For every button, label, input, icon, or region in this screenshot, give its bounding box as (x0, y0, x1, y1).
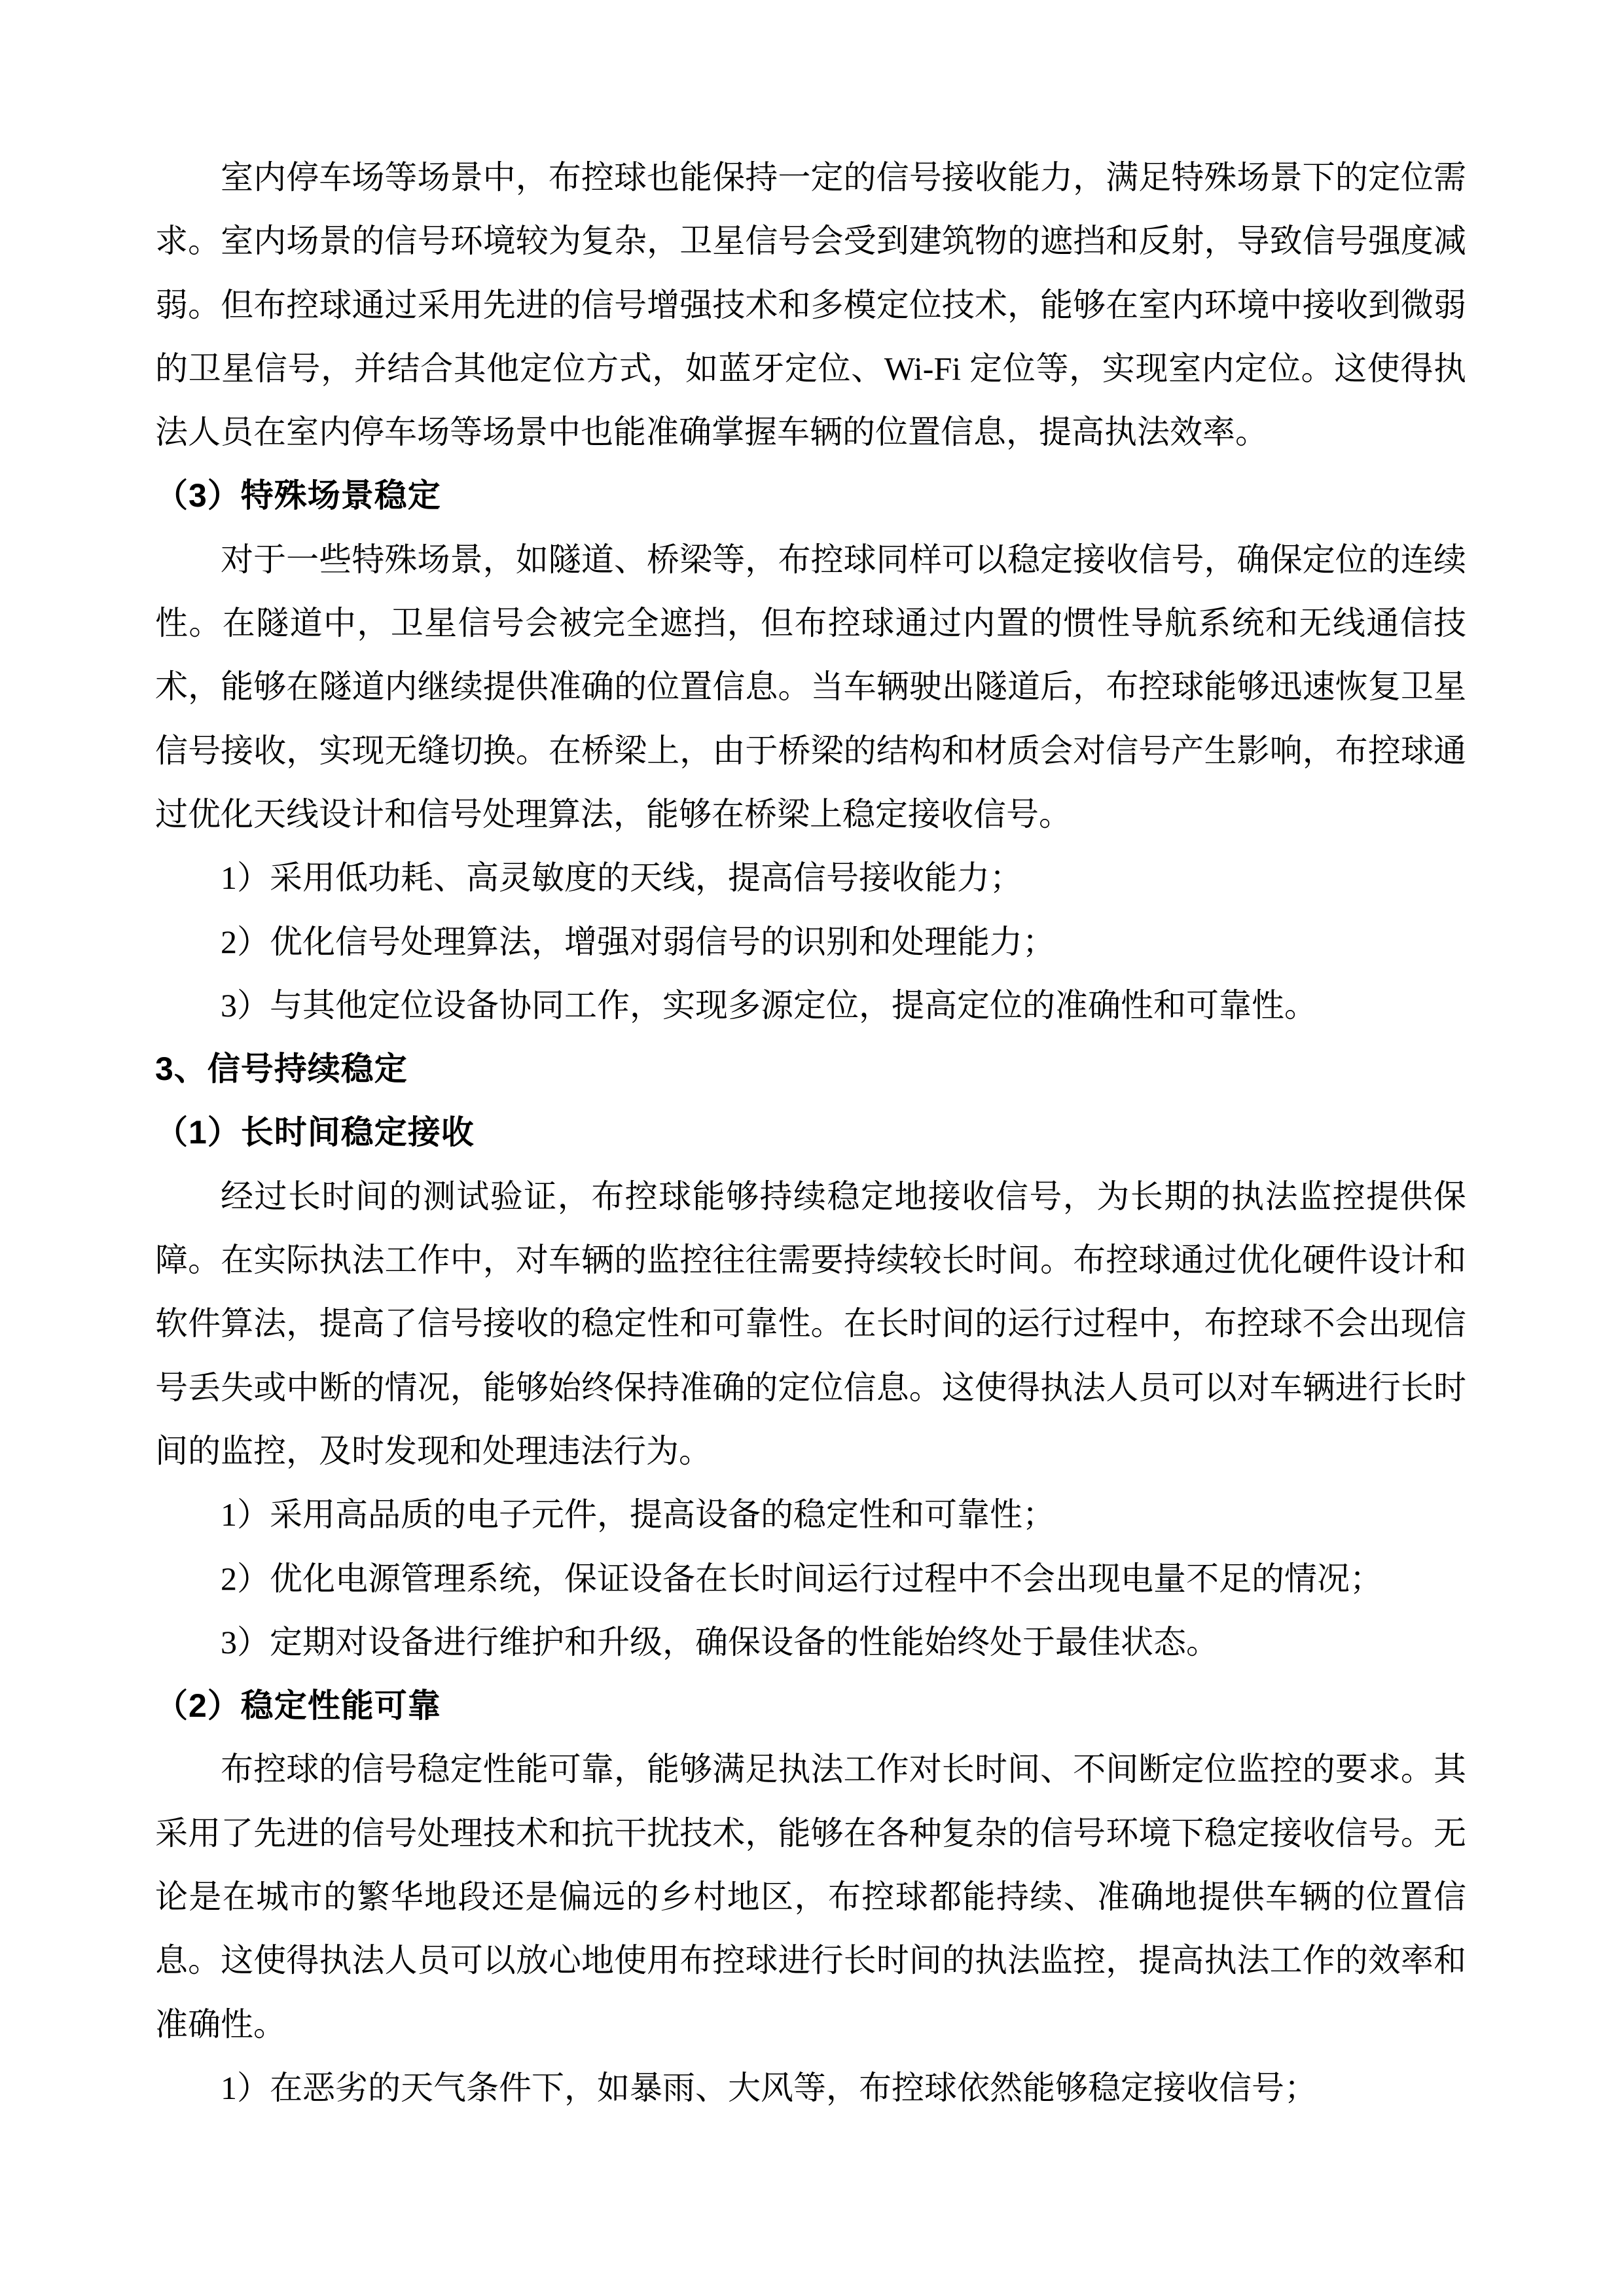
list-item: 1）采用高品质的电子元件，提高设备的稳定性和可靠性； (155, 1483, 1466, 1547)
paragraph: 室内停车场等场景中，布控球也能保持一定的信号接收能力，满足特殊场景下的定位需求。… (155, 146, 1466, 464)
subsection-heading: （2）稳定性能可靠 (155, 1674, 1466, 1738)
paragraph: 经过长时间的测试验证，布控球能够持续稳定地接收信号，为长期的执法监控提供保障。在… (155, 1165, 1466, 1483)
list-item: 3）与其他定位设备协同工作，实现多源定位，提高定位的准确性和可靠性。 (155, 974, 1466, 1037)
subsection-heading: （3）特殊场景稳定 (155, 464, 1466, 528)
document-page: 室内停车场等场景中，布控球也能保持一定的信号接收能力，满足特殊场景下的定位需求。… (0, 0, 1624, 2296)
list-item: 1）在恶劣的天气条件下，如暴雨、大风等，布控球依然能够稳定接收信号； (155, 2056, 1466, 2120)
document-content: 室内停车场等场景中，布控球也能保持一定的信号接收能力，满足特殊场景下的定位需求。… (155, 146, 1466, 2120)
list-item: 3）定期对设备进行维护和升级，确保设备的性能始终处于最佳状态。 (155, 1611, 1466, 1674)
list-item: 1）采用低功耗、高灵敏度的天线，提高信号接收能力； (155, 846, 1466, 910)
list-item: 2）优化信号处理算法，增强对弱信号的识别和处理能力； (155, 910, 1466, 974)
section-heading: 3、信号持续稳定 (155, 1037, 1466, 1101)
list-item: 2）优化电源管理系统，保证设备在长时间运行过程中不会出现电量不足的情况； (155, 1547, 1466, 1611)
paragraph: 对于一些特殊场景，如隧道、桥梁等，布控球同样可以稳定接收信号，确保定位的连续性。… (155, 528, 1466, 846)
subsection-heading: （1）长时间稳定接收 (155, 1101, 1466, 1164)
paragraph: 布控球的信号稳定性能可靠，能够满足执法工作对长时间、不间断定位监控的要求。其采用… (155, 1738, 1466, 2056)
